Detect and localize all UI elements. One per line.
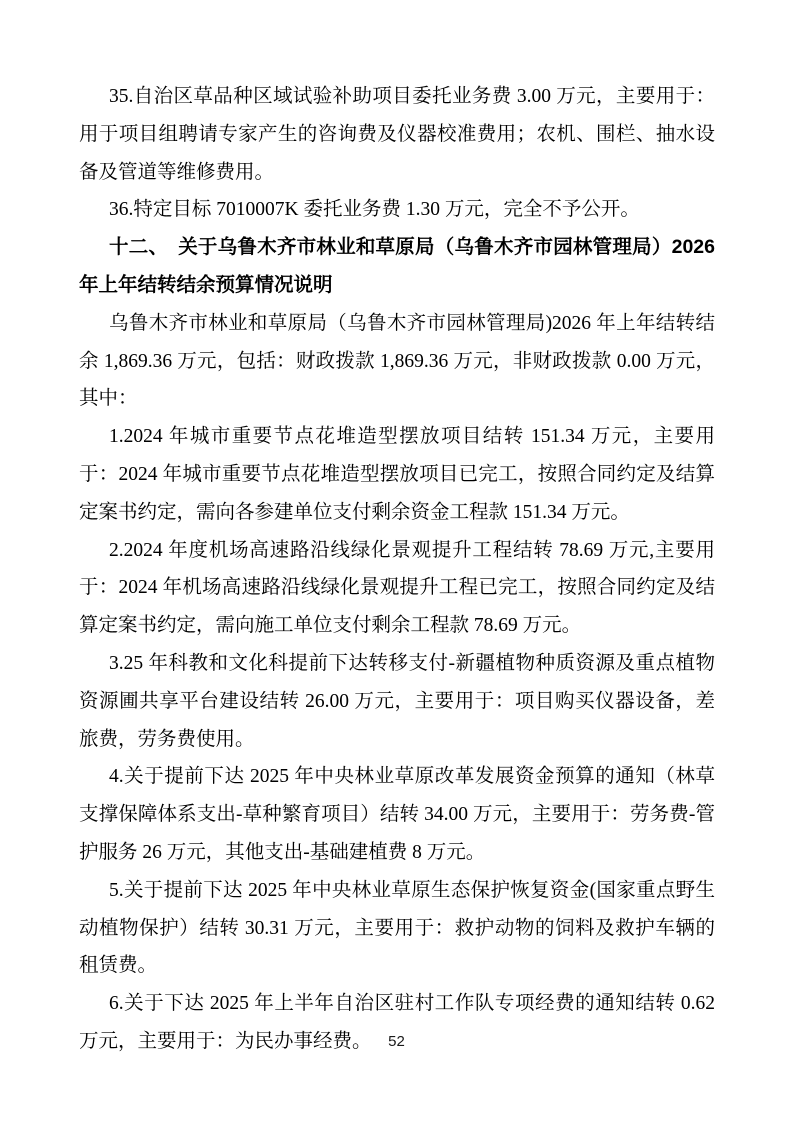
paragraph-item-5: 5.关于提前下达 2025 年中央林业草原生态保护恢复资金(国家重点野生动植物保… [79,872,715,985]
paragraph-item-36: 36.特定目标 7010007K 委托业务费 1.30 万元，完全不予公开。 [79,191,715,229]
document-page: 35.自治区草品种区域试验补助项目委托业务费 3.00 万元，主要用于：用于项目… [0,0,793,1122]
paragraph-item-35: 35.自治区草品种区域试验补助项目委托业务费 3.00 万元，主要用于：用于项目… [79,78,715,191]
paragraph-item-3: 3.25 年科教和文化科提前下达转移支付-新疆植物种质资源及重点植物资源圃共享平… [79,645,715,758]
paragraph-item-1: 1.2024 年城市重要节点花堆造型摆放项目结转 151.34 万元，主要用于：… [79,418,715,531]
section-heading-12: 十二、 关于乌鲁木齐市林业和草原局（乌鲁木齐市园林管理局）2026年上年结转结余… [79,229,715,305]
paragraph-carryover-summary: 乌鲁木齐市林业和草原局（乌鲁木齐市园林管理局)2026 年上年结转结余 1,86… [79,305,715,418]
page-number: 52 [388,1033,405,1050]
page-footer: 52 [0,1032,793,1052]
paragraph-item-2: 2.2024 年度机场高速路沿线绿化景观提升工程结转 78.69 万元,主要用于… [79,532,715,645]
paragraph-item-4: 4.关于提前下达 2025 年中央林业草原改革发展资金预算的通知（林草支撑保障体… [79,758,715,871]
